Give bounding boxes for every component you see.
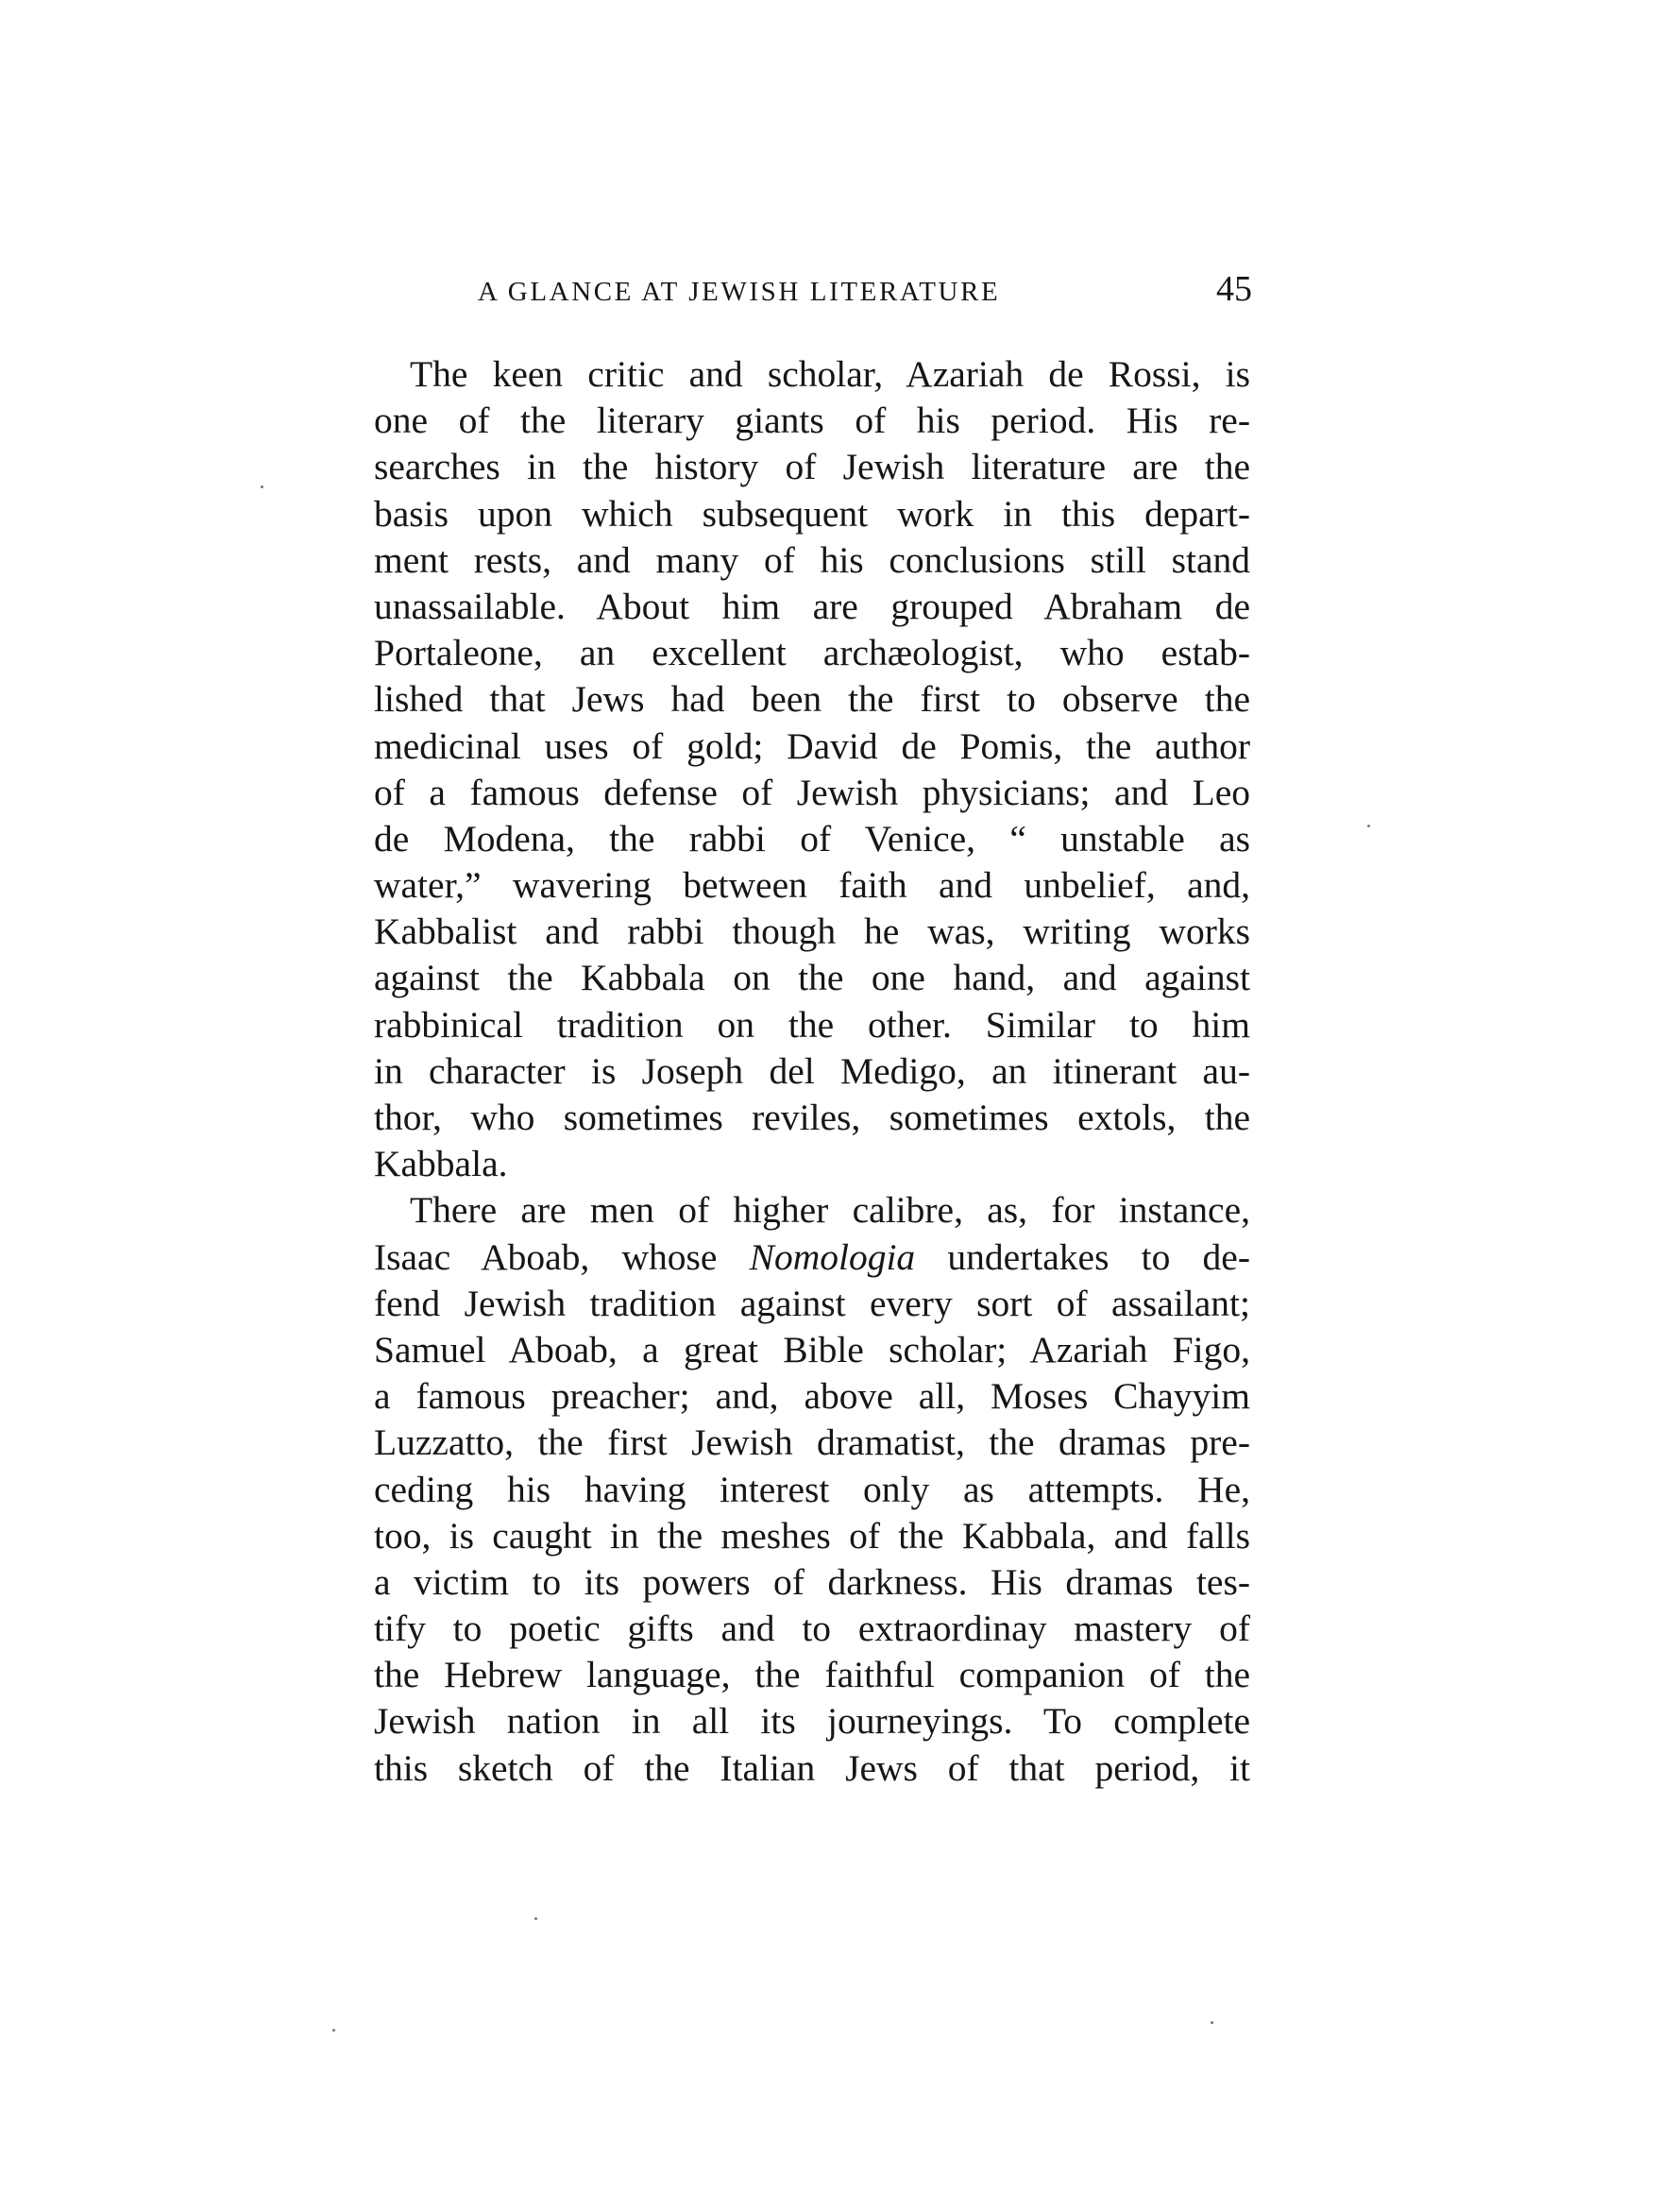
text-line: basis upon which subsequent work in this… [374,491,1250,537]
running-head: A GLANCE AT JEWISH LITERATURE 45 [478,268,1252,310]
text-segment: undertakes to de- [915,1236,1250,1278]
text-line: Portaleone, an excellent archæologist, w… [374,630,1250,676]
text-line: fend Jewish tradition against every sort… [374,1281,1250,1327]
paragraph-1: The keen critic and scholar, Azariah de … [374,351,1250,1187]
text-line: There are men of higher calibre, as, for… [374,1187,1250,1234]
text-line: of a famous defense of Jewish physicians… [374,770,1250,816]
book-page: A GLANCE AT JEWISH LITERATURE 45 The kee… [0,0,1660,2212]
scan-speck [261,485,263,488]
scan-speck [1211,2021,1213,2024]
text-line: Luzzatto, the first Jewish dramatist, th… [374,1420,1250,1466]
text-line: too, is caught in the meshes of the Kabb… [374,1513,1250,1559]
text-line: a famous preacher; and, above all, Moses… [374,1373,1250,1420]
text-line: this sketch of the Italian Jews of that … [374,1745,1250,1792]
paragraph-2: There are men of higher calibre, as, for… [374,1187,1250,1791]
text-line: water,” wavering between faith and unbel… [374,862,1250,909]
text-line: Kabbalist and rabbi though he was, writi… [374,909,1250,955]
text-line: rabbinical tradition on the other. Simil… [374,1002,1250,1048]
text-line: Samuel Aboab, a great Bible scholar; Aza… [374,1327,1250,1373]
text-line: tify to poetic gifts and to extraordinay… [374,1606,1250,1652]
text-line: The keen critic and scholar, Azariah de … [374,351,1250,398]
text-line: thor, who sometimes reviles, sometimes e… [374,1095,1250,1141]
text-line: one of the literary giants of his period… [374,398,1250,444]
text-line: the Hebrew language, the faithful compan… [374,1652,1250,1698]
text-line: against the Kabbala on the one hand, and… [374,955,1250,1001]
scan-speck [534,1917,537,1920]
text-line: Kabbala. [374,1141,1250,1187]
text-line: medicinal uses of gold; David de Pomis, … [374,723,1250,770]
scan-speck [1367,825,1370,827]
text-line: ceding his having interest only as attem… [374,1467,1250,1513]
text-line: in character is Joseph del Medigo, an it… [374,1048,1250,1095]
text-line-with-italic: Isaac Aboab, whose Nomologia undertakes … [374,1234,1250,1281]
page-number: 45 [1216,268,1252,310]
text-line: searches in the history of Jewish litera… [374,444,1250,490]
text-line: a victim to its powers of darkness. His … [374,1559,1250,1606]
text-line: unassailable. About him are grouped Abra… [374,584,1250,630]
body-text: The keen critic and scholar, Azariah de … [374,351,1250,1792]
running-title: A GLANCE AT JEWISH LITERATURE [478,277,1000,308]
scan-speck [332,2029,335,2032]
text-line: lished that Jews had been the first to o… [374,676,1250,723]
italic-title-nomologia: Nomologia [750,1236,916,1278]
text-line: ment rests, and many of his conclusions … [374,537,1250,584]
text-line: de Modena, the rabbi of Venice, “ unstab… [374,816,1250,862]
text-segment: Isaac Aboab, whose [374,1236,750,1278]
text-line: Jewish nation in all its journeyings. To… [374,1698,1250,1744]
